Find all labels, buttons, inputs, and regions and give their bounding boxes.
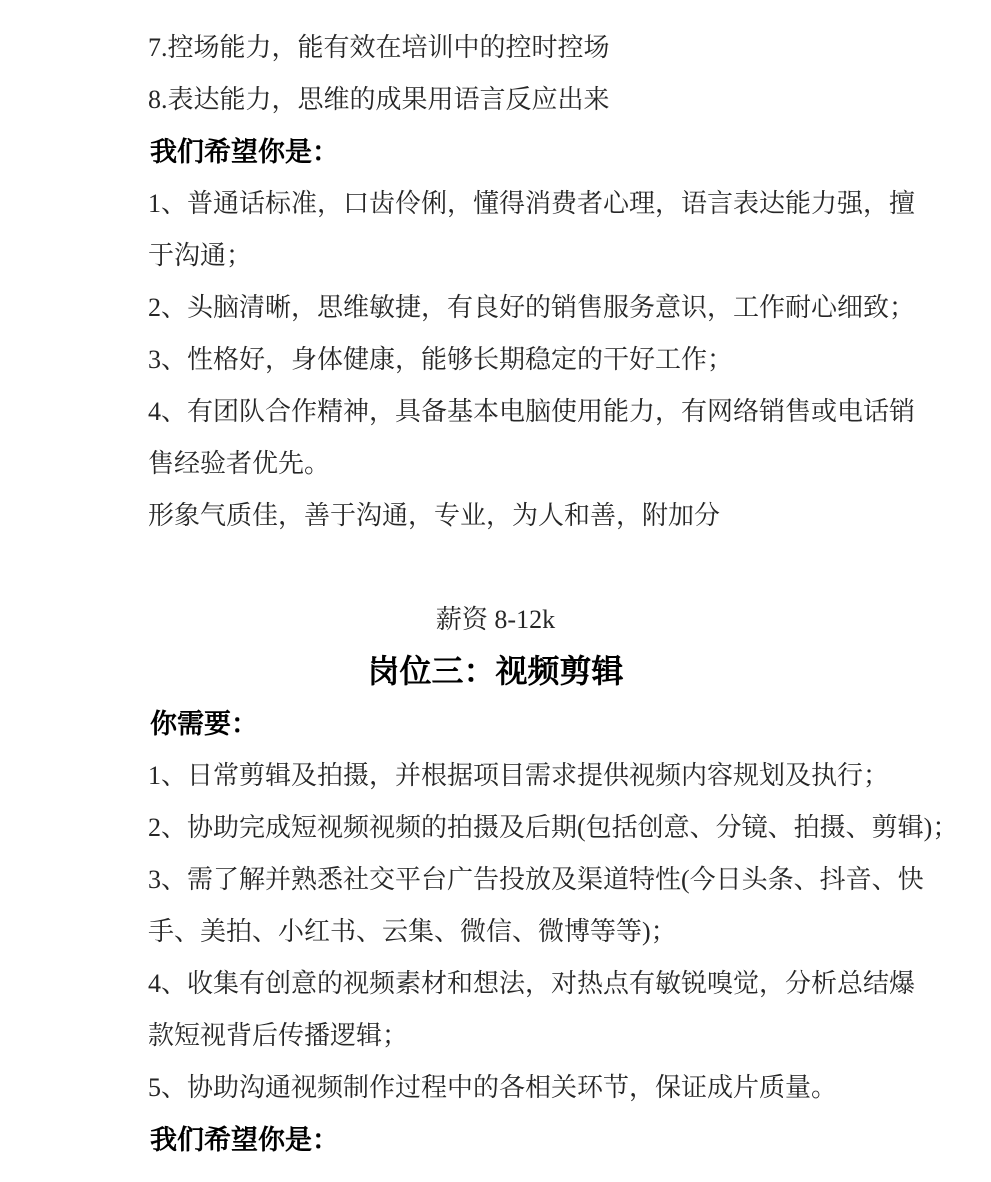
need-section-heading: 你需要： [0, 695, 991, 747]
need-item-2: 2、协助完成短视频视频的拍摄及后期(包括创意、分镜、拍摄、剪辑)； [0, 799, 991, 851]
hope-bonus-note: 形象气质佳，善于沟通，专业，为人和善，附加分 [0, 487, 991, 539]
need-item-5: 5、协助沟通视频制作过程中的各相关环节，保证成片质量。 [0, 1059, 991, 1111]
hope-section-heading: 我们希望你是： [0, 123, 991, 175]
requirement-item-8: 8.表达能力，思维的成果用语言反应出来 [0, 71, 991, 123]
requirement-item-7: 7.控场能力，能有效在培训中的控时控场 [0, 19, 991, 71]
need-item-3-line-2: 手、美拍、小红书、云集、微信、微博等等)； [0, 903, 991, 955]
need-item-3-line-1: 3、需了解并熟悉社交平台广告投放及渠道特性(今日头条、抖音、快 [0, 851, 991, 903]
hope-item-3: 3、性格好，身体健康，能够长期稳定的干好工作； [0, 331, 991, 383]
hope-item-4-line-2: 售经验者优先。 [0, 435, 991, 487]
hope-item-1-line-2: 于沟通； [0, 227, 991, 279]
need-item-4-line-2: 款短视背后传播逻辑； [0, 1007, 991, 1059]
document-page: 7.控场能力，能有效在培训中的控时控场 8.表达能力，思维的成果用语言反应出来 … [0, 0, 991, 1182]
need-item-4-line-1: 4、收集有创意的视频素材和想法，对热点有敏锐嗅觉，分析总结爆 [0, 955, 991, 1007]
blank-line [0, 539, 991, 591]
job-title-position-3: 岗位三：视频剪辑 [0, 643, 991, 695]
salary-line: 薪资 8-12k [0, 591, 991, 643]
hope-item-2: 2、头脑清晰，思维敏捷，有良好的销售服务意识，工作耐心细致； [0, 279, 991, 331]
need-item-1: 1、日常剪辑及拍摄，并根据项目需求提供视频内容规划及执行； [0, 747, 991, 799]
hope-item-1-line-1: 1、普通话标准，口齿伶俐，懂得消费者心理，语言表达能力强，擅 [0, 175, 991, 227]
hope-section-heading-2: 我们希望你是： [0, 1111, 991, 1163]
hope-item-4-line-1: 4、有团队合作精神，具备基本电脑使用能力，有网络销售或电话销 [0, 383, 991, 435]
